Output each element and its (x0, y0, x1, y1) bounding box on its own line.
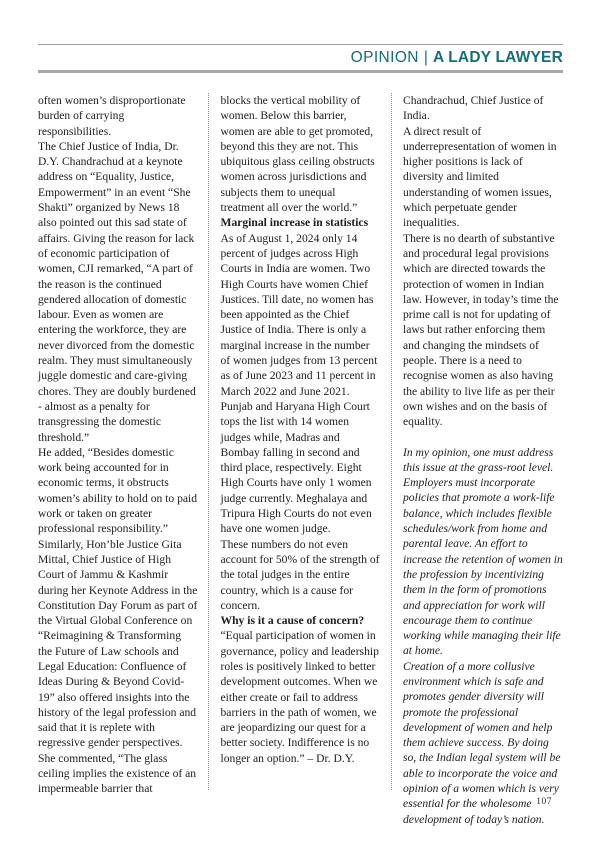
opinion-paragraph: Employers must incorporate policies that… (403, 475, 563, 659)
paragraph: Similarly, Hon’ble Justice Gita Mittal, … (38, 537, 198, 797)
article-body: often women’s disproportionate burden of… (38, 93, 563, 793)
article-column-3: Chandrachud, Chief Justice of India. A d… (403, 93, 563, 793)
paragraph: A direct result of underrepresentation o… (403, 124, 563, 231)
page-title: A LADY LAWYER (433, 49, 563, 66)
paragraph: often women’s disproportionate burden of… (38, 93, 198, 139)
article-column-2: blocks the vertical mobility of women. B… (221, 93, 381, 793)
column-divider (208, 93, 210, 790)
header-rule-top (38, 44, 563, 45)
paragraph: As of August 1, 2024 only 14 percent of … (221, 231, 381, 537)
article-column-1: often women’s disproportionate burden of… (38, 93, 198, 793)
opinion-paragraph: In my opinion, one must address this iss… (403, 445, 563, 476)
header-separator: | (419, 49, 433, 66)
subheading: Why is it a cause of concern? (221, 613, 381, 628)
magazine-page: OPINION|A LADY LAWYER often women’s disp… (0, 0, 598, 842)
paragraph: The Chief Justice of India, Dr. D.Y. Cha… (38, 139, 198, 445)
section-label: OPINION (351, 49, 419, 66)
paragraph: Chandrachud, Chief Justice of India. (403, 93, 563, 124)
paragraph: There is no dearth of substantive and pr… (403, 231, 563, 430)
paragraph: These numbers do not even account for 50… (221, 537, 381, 613)
paragraph: He added, “Besides domestic work being a… (38, 445, 198, 537)
paragraph: “Equal participation of women in governa… (221, 628, 381, 766)
paragraph-spacer (403, 430, 563, 445)
page-number: 107 (536, 797, 552, 807)
column-divider (391, 93, 393, 790)
paragraph: blocks the vertical mobility of women. B… (221, 93, 381, 215)
page-header: OPINION|A LADY LAWYER (351, 47, 563, 68)
header-rule-bottom (38, 70, 563, 73)
subheading: Marginal increase in statistics (221, 215, 381, 230)
